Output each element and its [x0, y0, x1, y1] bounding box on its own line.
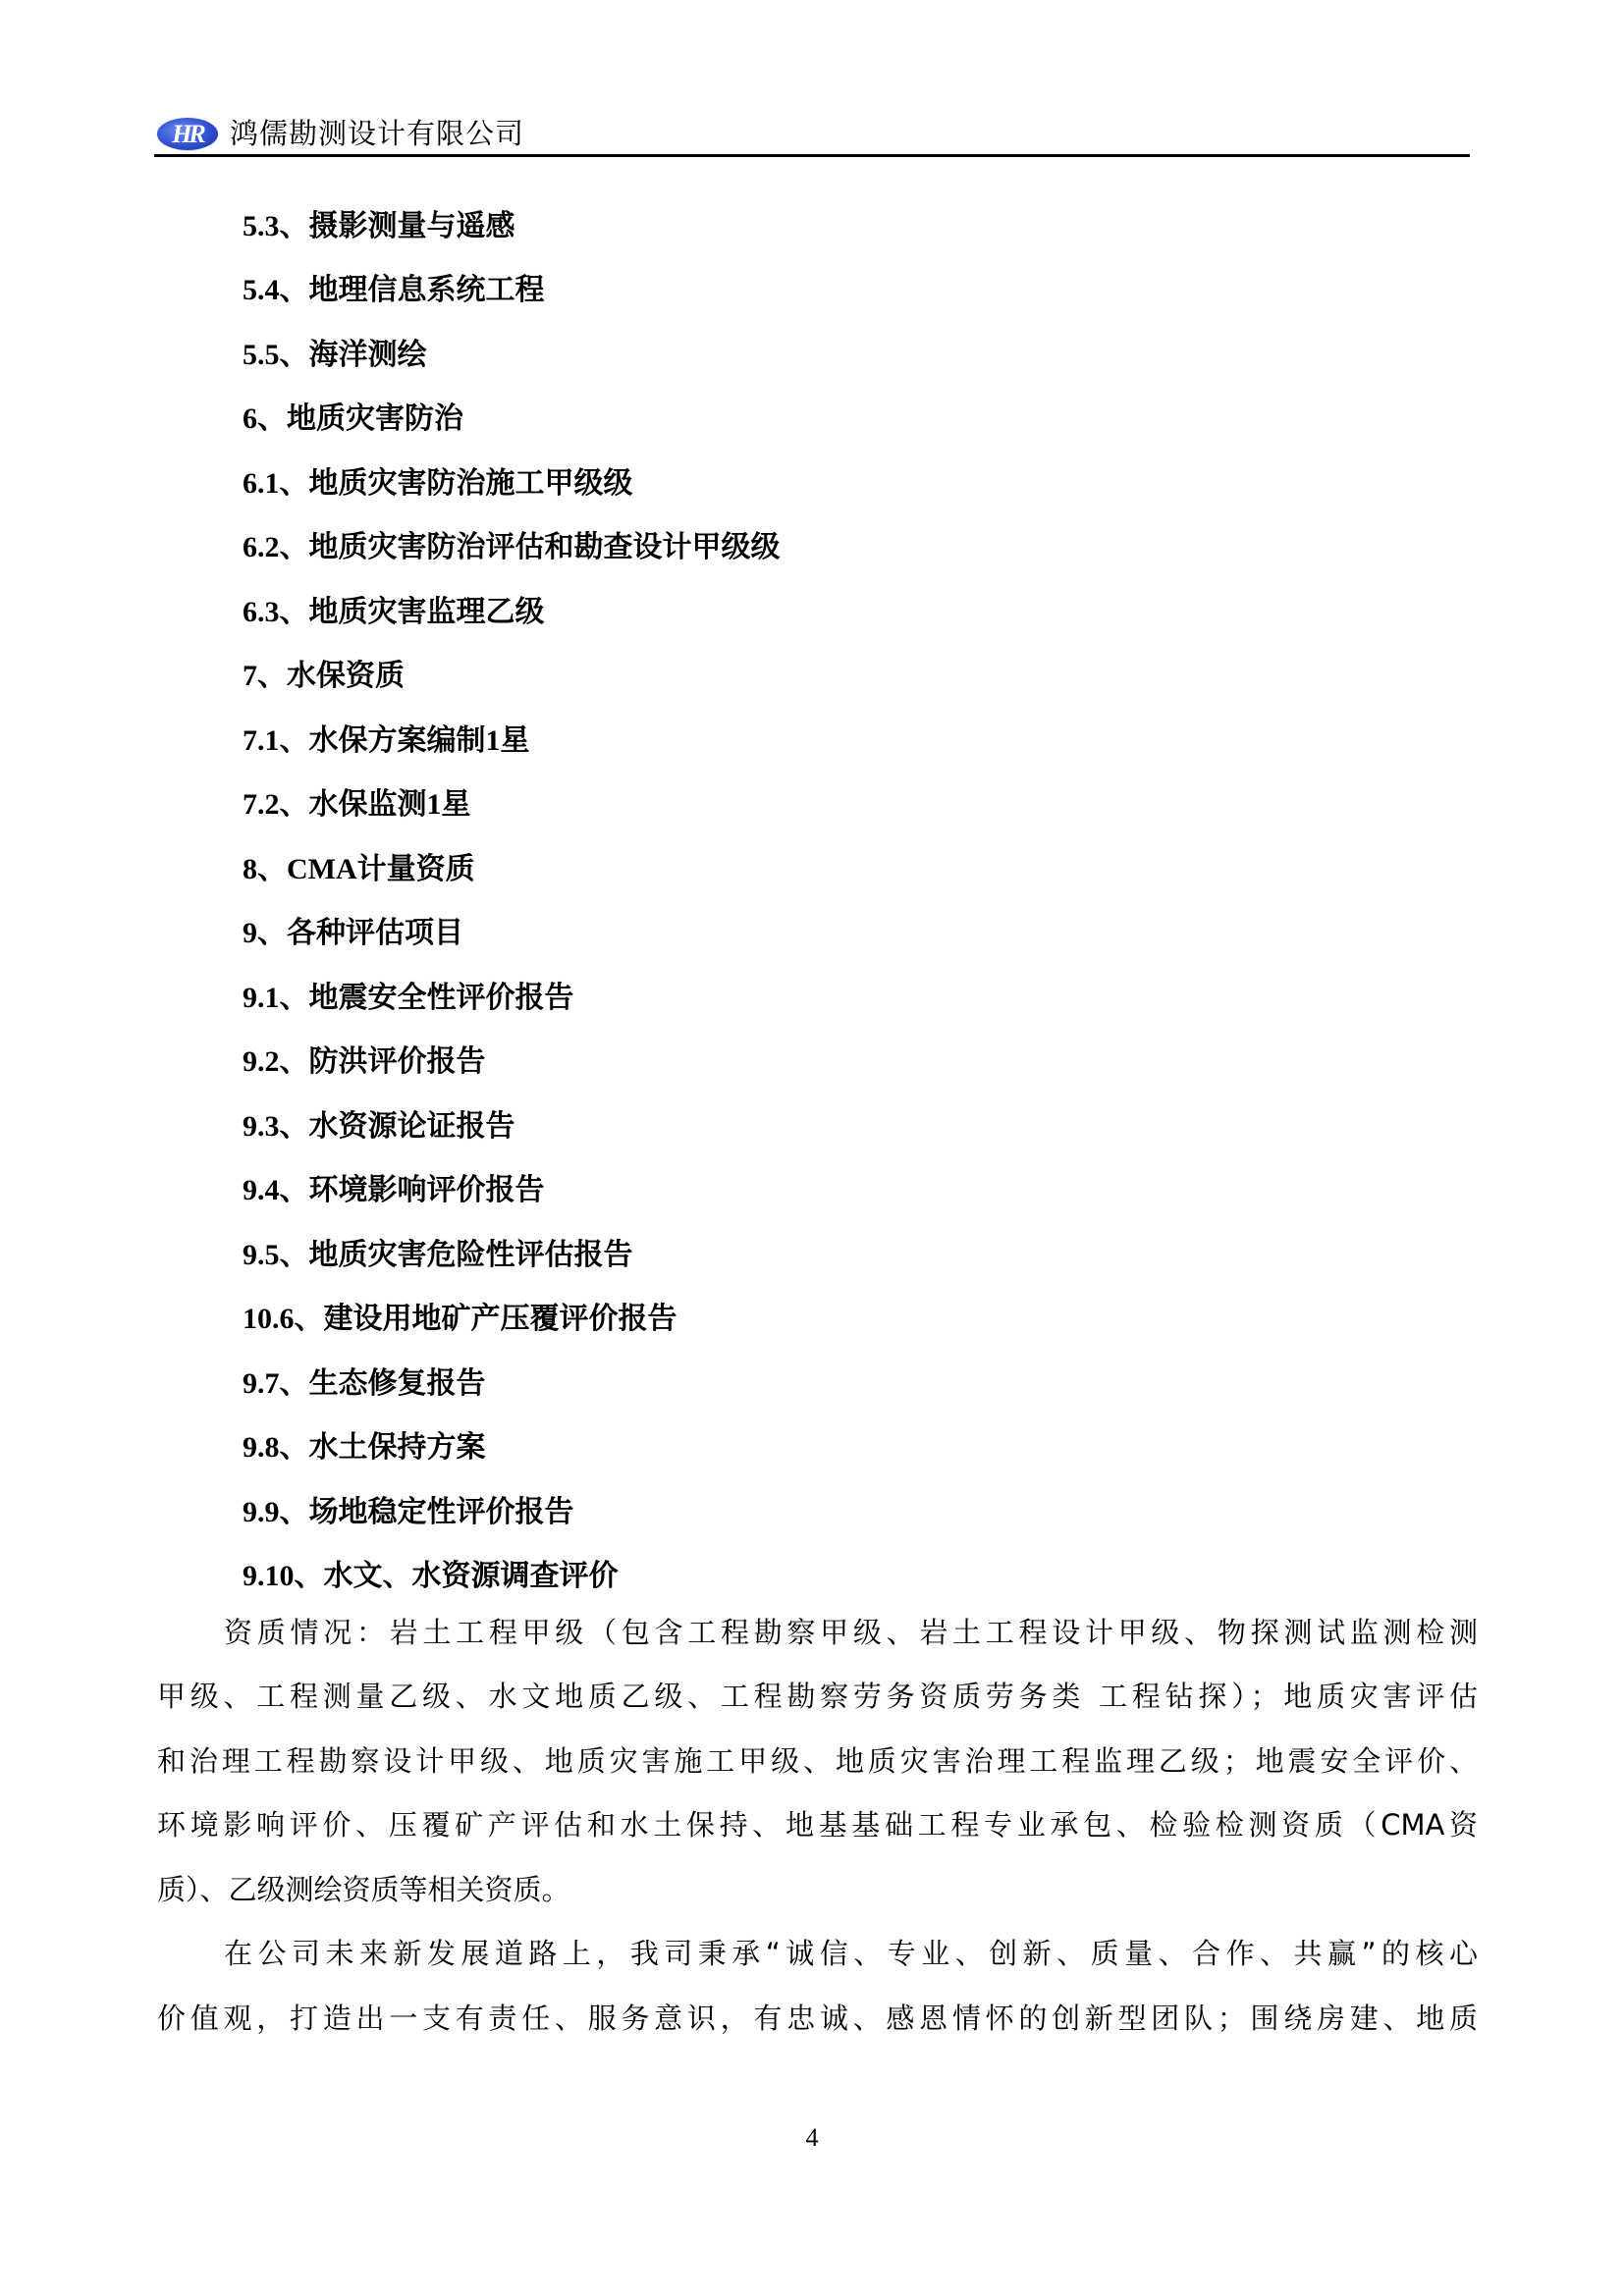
paragraph-line: 资质情况：岩土工程甲级（包含工程勘察甲级、岩土工程设计甲级、物探测试监测检测: [224, 1615, 1478, 1650]
paragraph-line: 环境影响评价、压覆矿产评估和水土保持、地基基础工程专业承包、检验检测资质（CMA…: [157, 1807, 1478, 1842]
list-item: 7.1、水保方案编制1星: [243, 723, 530, 759]
paragraph-line: 价值观，打造出一支有责任、服务意识，有忠诚、感恩情怀的创新型团队；围绕房建、地质: [157, 2001, 1478, 2036]
paragraph-line: 甲级、工程测量乙级、水文地质乙级、工程勘察劳务资质劳务类 工程钻探）；地质灾害评…: [157, 1679, 1478, 1714]
list-item: 6.3、地质灾害监理乙级: [243, 595, 545, 630]
paragraph-line: 和治理工程勘察设计甲级、地质灾害施工甲级、地质灾害治理工程监理乙级；地震安全评价…: [157, 1743, 1478, 1779]
list-item: 9.7、生态修复报告: [243, 1366, 486, 1402]
logo-text: HR: [157, 120, 218, 149]
company-logo-icon: HR: [157, 118, 218, 150]
list-item: 9.8、水土保持方案: [243, 1430, 486, 1466]
list-item: 6、地质灾害防治: [243, 401, 463, 437]
list-item: 5.4、地理信息系统工程: [243, 273, 545, 308]
list-item: 9.5、地质灾害危险性评估报告: [243, 1238, 633, 1273]
list-item: 9.9、场地稳定性评价报告: [243, 1495, 574, 1530]
paragraph-line: 质）、乙级测绘资质等相关资质。: [157, 1872, 1478, 1907]
list-item: 6.1、地质灾害防治施工甲级级: [243, 466, 633, 502]
list-item: 9.10、水文、水资源调查评价: [243, 1559, 619, 1594]
header-divider: [154, 154, 1470, 157]
page-number: 4: [0, 2123, 1624, 2153]
list-item: 10.6、建设用地矿产压覆评价报告: [243, 1302, 677, 1337]
list-item: 9.3、水资源论证报告: [243, 1109, 515, 1145]
list-item: 9.4、环境影响评价报告: [243, 1173, 545, 1208]
list-item: 5.5、海洋测绘: [243, 338, 427, 373]
company-name: 鸿儒勘测设计有限公司: [230, 117, 524, 150]
list-item: 8、CMA计量资质: [243, 852, 475, 887]
list-item: 7、水保资质: [243, 659, 405, 694]
list-item: 7.2、水保监测1星: [243, 787, 471, 823]
list-item: 5.3、摄影测量与遥感: [243, 209, 515, 244]
paragraph-line: 在公司未来新发展道路上，我司秉承“诚信、专业、创新、质量、合作、共赢”的核心: [224, 1936, 1478, 1971]
list-item: 9.1、地震安全性评价报告: [243, 981, 574, 1016]
list-item: 9.2、防洪评价报告: [243, 1044, 486, 1080]
list-item: 6.2、地质灾害防治评估和勘查设计甲级级: [243, 530, 781, 565]
list-item: 9、各种评估项目: [243, 916, 463, 951]
